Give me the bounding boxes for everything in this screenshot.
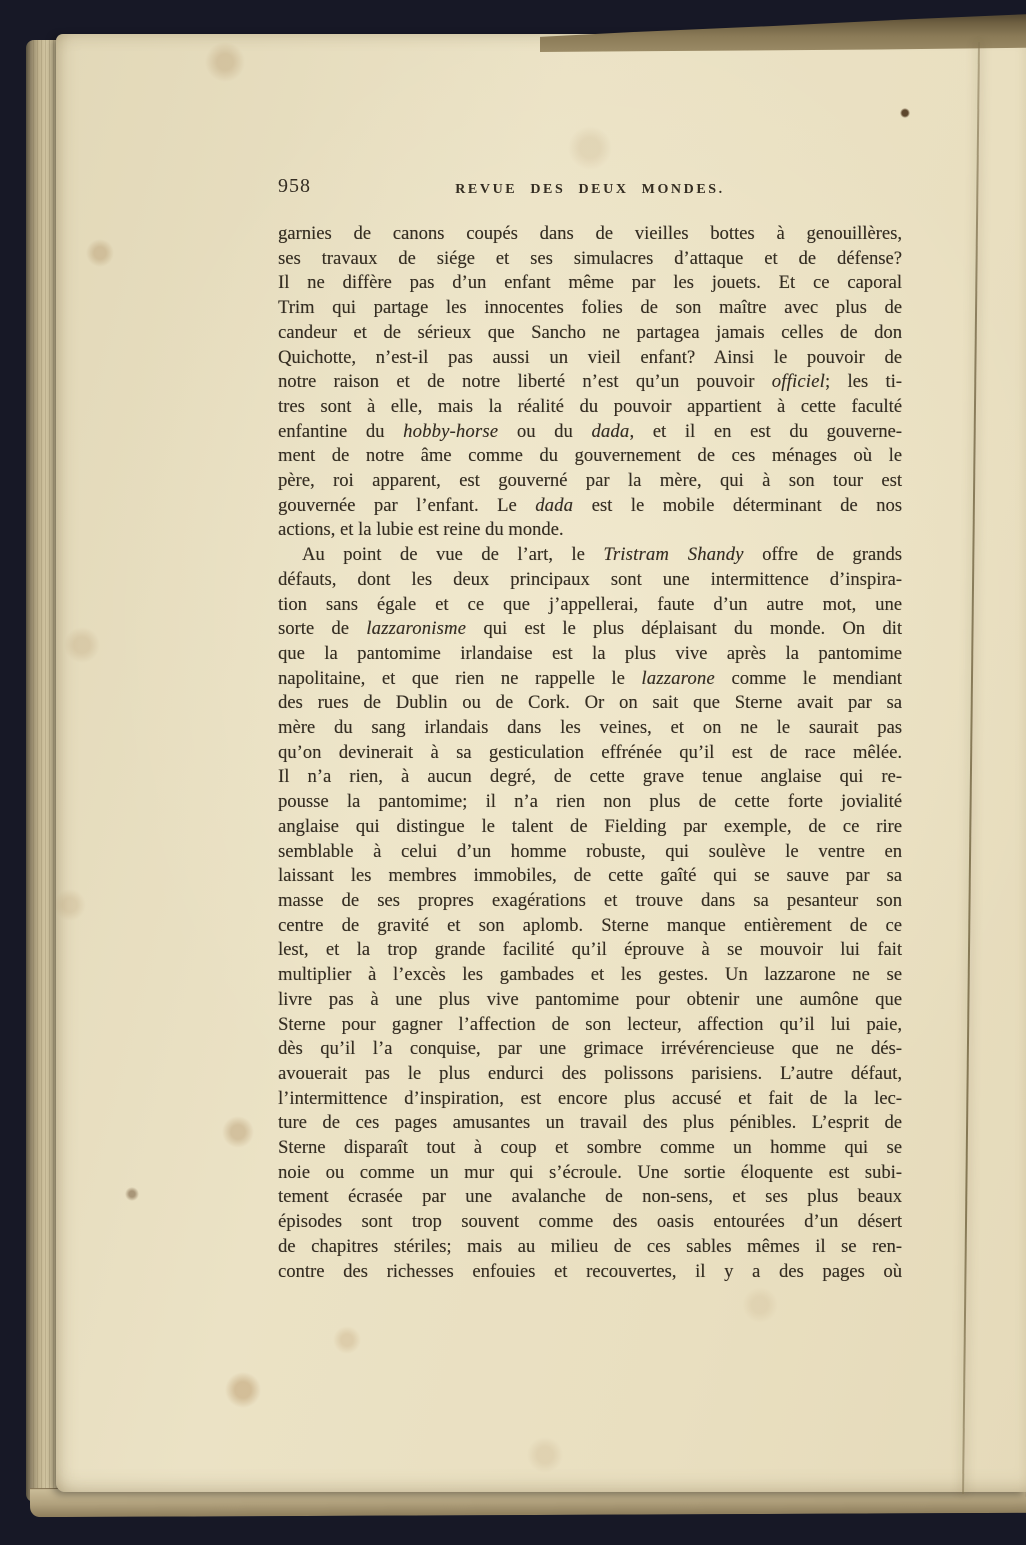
scanned-book-photo: 958 REVUE DES DEUX MONDES. garnies de ca… bbox=[0, 0, 1026, 1545]
book-page: 958 REVUE DES DEUX MONDES. garnies de ca… bbox=[56, 34, 1026, 1492]
text-line: multiplier à l’excès les gambades et les… bbox=[278, 963, 902, 988]
text-line: livre pas à une plus vive pantomime pour… bbox=[278, 988, 902, 1013]
text-line: Sterne disparaît tout à coup et sombre c… bbox=[278, 1136, 902, 1161]
text-line: mère du sang irlandais dans les veines, … bbox=[278, 716, 902, 741]
text-line: que la pantomime irlandaise est la plus … bbox=[278, 642, 902, 667]
text-line: lest, et la trop grande facilité qu’il é… bbox=[278, 938, 902, 963]
text-line: Il n’a rien, à aucun degré, de cette gra… bbox=[278, 765, 902, 790]
text-line: de chapitres stériles; mais au milieu de… bbox=[278, 1235, 902, 1260]
text-line: semblable à celui d’un homme robuste, qu… bbox=[278, 840, 902, 865]
running-title: REVUE DES DEUX MONDES. bbox=[278, 182, 902, 198]
text-line: Sterne pour gagner l’affection de son le… bbox=[278, 1013, 902, 1038]
text-line: avouerait pas le plus endurci des poliss… bbox=[278, 1062, 902, 1087]
text-line: gouvernée par l’enfant. Le dada est le m… bbox=[278, 494, 902, 519]
text-line: ses travaux de siége et ses simulacres d… bbox=[278, 247, 902, 272]
text-line: tres sont à elle, mais la réalité du pou… bbox=[278, 395, 902, 420]
text-line: contre des richesses enfouies et recouve… bbox=[278, 1260, 902, 1285]
text-line: ture de ces pages amusantes un travail d… bbox=[278, 1111, 902, 1136]
text-line: dès qu’il l’a conquise, par une grimace … bbox=[278, 1037, 902, 1062]
text-line: napolitaine, et que rien ne rappelle le … bbox=[278, 667, 902, 692]
book-fore-edge bbox=[26, 40, 59, 1502]
text-line: Trim qui partage les innocentes folies d… bbox=[278, 296, 902, 321]
text-line: tion sans égale et ce que j’appellerai, … bbox=[278, 593, 902, 618]
text-line: masse de ses propres exagérations et tro… bbox=[278, 889, 902, 914]
text-line: tement écrasée par une avalanche de non-… bbox=[278, 1185, 902, 1210]
text-line: des rues de Dublin ou de Cork. Or on sai… bbox=[278, 691, 902, 716]
text-line: Il ne diffère pas d’un enfant même par l… bbox=[278, 271, 902, 296]
text-line: père, roi apparent, est gouverné par la … bbox=[278, 469, 902, 494]
text-line: anglaise qui distingue le talent de Fiel… bbox=[278, 815, 902, 840]
text-line: enfantine du hobby-horse ou du dada, et … bbox=[278, 420, 902, 445]
text-line: l’intermittence d’inspiration, est encor… bbox=[278, 1087, 902, 1112]
text-line: laissant les membres immobiles, de cette… bbox=[278, 864, 902, 889]
text-line: garnies de canons coupés dans de vieille… bbox=[278, 222, 902, 247]
text-line: notre raison et de notre liberté n’est q… bbox=[278, 370, 902, 395]
text-line: épisodes sont trop souvent comme des oas… bbox=[278, 1210, 902, 1235]
text-line: candeur et de sérieux que Sancho ne part… bbox=[278, 321, 902, 346]
text-line: centre de gravité et son aplomb. Sterne … bbox=[278, 914, 902, 939]
text-line: ment de notre âme comme du gouvernement … bbox=[278, 444, 902, 469]
text-line: noie ou comme un mur qui s’écroule. Une … bbox=[278, 1161, 902, 1186]
text-line: Au point de vue de l’art, le Tristram Sh… bbox=[278, 543, 902, 568]
text-line: actions, et la lubie est reine du monde. bbox=[278, 518, 902, 543]
text-line: pousse la pantomime; il n’a rien non plu… bbox=[278, 790, 902, 815]
text-line: défauts, dont les deux principaux sont u… bbox=[278, 568, 902, 593]
text-line: sorte de lazzaronisme qui est le plus dé… bbox=[278, 617, 902, 642]
book-top-edge bbox=[540, 10, 1026, 52]
text-line: qu’on devinerait à sa gesticulation effr… bbox=[278, 741, 902, 766]
text-line: Quichotte, n’est-il pas aussi un vieil e… bbox=[278, 346, 902, 371]
text-block: garnies de canons coupés dans de vieille… bbox=[278, 222, 902, 1284]
